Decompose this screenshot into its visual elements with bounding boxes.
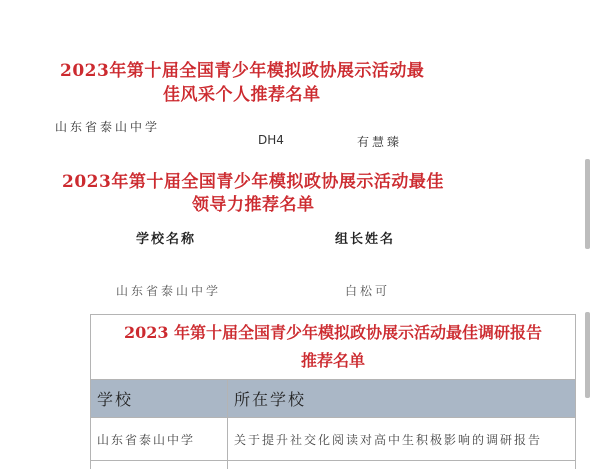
- header-report: 所在学校: [228, 380, 576, 418]
- section1-school: 山东省泰山中学: [55, 118, 160, 135]
- table-row: 山东省泰山中学 关于提升社交化阅读对高中生积极影响的调研报告: [91, 418, 576, 461]
- cell-report-title: 关于提升社交化阅读对高中生积极影响的调研报告: [228, 418, 576, 461]
- table-title-line1: 2023 年第十届全国青少年模拟政协展示活动最佳调研报告: [91, 319, 575, 347]
- table-title: 2023 年第十届全国青少年模拟政协展示活动最佳调研报告 推荐名单: [91, 315, 576, 380]
- table-header-row: 学校 所在学校: [91, 380, 576, 418]
- section1-code: DH4: [258, 133, 284, 147]
- table-title-line2: 推荐名单: [91, 347, 575, 375]
- research-report-table: 2023 年第十届全国青少年模拟政协展示活动最佳调研报告 推荐名单 学校 所在学…: [90, 314, 576, 469]
- section1-name: 有慧臻: [357, 133, 402, 150]
- scrollbar-thumb-lower[interactable]: [585, 312, 590, 398]
- header-school: 学校: [91, 380, 228, 418]
- section2-title-line2: 领导力推荐名单: [192, 190, 315, 215]
- section2-school: 山东省泰山中学: [116, 282, 221, 299]
- section2-col-leader-header: 组长姓名: [335, 228, 395, 247]
- section2-leader: 白松可: [345, 282, 390, 299]
- section1-title-line1: 2023年第十届全国青少年模拟政协展示活动最: [60, 56, 424, 81]
- cell-school: 山东省泰山中学: [91, 418, 228, 461]
- section1-title-line2: 佳风采个人推荐名单: [163, 80, 321, 105]
- scrollbar-thumb-upper[interactable]: [585, 159, 590, 249]
- section2-title-line1: 2023年第十届全国青少年模拟政协展示活动最佳: [62, 167, 444, 192]
- table-row-empty: [91, 461, 576, 469]
- section2-col-school-header: 学校名称: [136, 228, 196, 247]
